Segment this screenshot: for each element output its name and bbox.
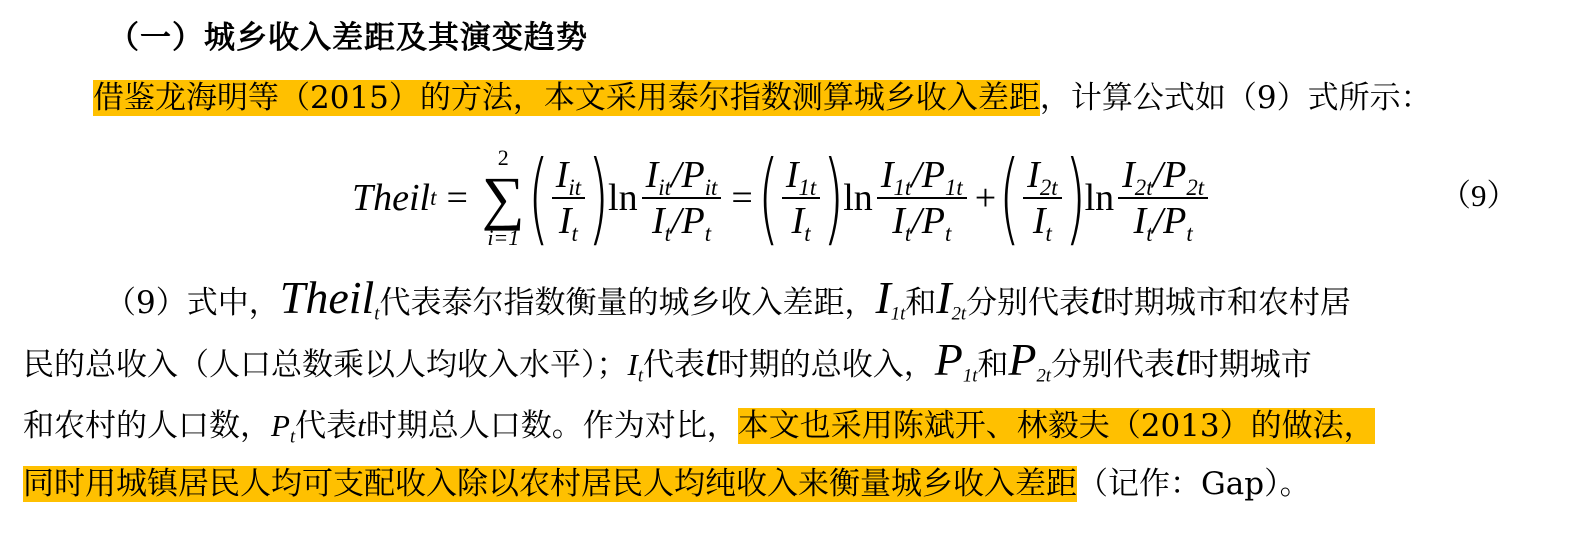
- paragraph-2-line-4: 同时用城镇居民人均可支配收入除以农村居民人均纯收入来衡量城乡收入差距（记作：Ga…: [23, 464, 1311, 504]
- text: 分别代表: [1051, 347, 1175, 383]
- fraction-share: Iit It: [552, 153, 585, 243]
- ln-operator: ln: [1085, 176, 1115, 220]
- sum-lower: i=1: [487, 227, 519, 249]
- equation-number: （9）: [1440, 170, 1518, 215]
- text: 代表: [643, 347, 705, 383]
- paragraph-2-line-1: （9）式中，Theilt代表泰尔指数衡量的城乡收入差距，I1t和I2t分别代表t…: [105, 278, 1351, 323]
- text: 和: [977, 347, 1008, 383]
- text: 时期城市: [1188, 347, 1312, 383]
- eq-equals: =: [446, 176, 467, 220]
- text: 民的总收入（人口总数乘以人均收入水平）；: [23, 347, 628, 383]
- t-symbol: t: [1175, 334, 1188, 385]
- eq-lhs: Theil: [352, 176, 430, 220]
- frac-num-sub: it: [568, 174, 581, 199]
- fraction-rural-share: I2t It: [1023, 153, 1061, 243]
- highlighted-text: 借鉴龙海明等（2015）的方法，本文采用泰尔指数测算城乡收入差距: [93, 80, 1040, 116]
- t-symbol: t: [357, 408, 366, 443]
- ln-operator: ln: [843, 176, 873, 220]
- paragraph-text: ，计算公式如（9）式所示：: [1040, 80, 1432, 116]
- I-symbol: I: [628, 347, 638, 382]
- I-symbol: I: [936, 272, 951, 323]
- I2t-sub: 2t: [952, 304, 966, 325]
- text: 分别代表: [966, 285, 1090, 321]
- eq-equals-2: =: [731, 176, 752, 220]
- t-symbol: t: [1090, 272, 1103, 323]
- left-paren: (: [999, 148, 1020, 248]
- theil-equation: Theilt = 2 ∑ i=1 ( Iit It ) ln Iit/Pit I…: [352, 140, 1212, 255]
- right-paren: ): [823, 148, 844, 248]
- P1t-sub: 1t: [963, 366, 977, 387]
- text: 时期总人口数。作为对比，: [366, 408, 738, 444]
- text: 代表: [295, 408, 357, 444]
- P2t-sub: 2t: [1036, 366, 1050, 387]
- frac-den: I: [559, 200, 572, 242]
- frac-num: I: [556, 154, 569, 196]
- right-paren: ): [1064, 148, 1085, 248]
- text: 时期城市和农村居: [1103, 285, 1351, 321]
- section-heading: （一）城乡收入差距及其演变趋势: [108, 18, 588, 58]
- sigma-symbol: ∑: [482, 169, 525, 227]
- frac-den-sub: t: [572, 220, 578, 245]
- fraction-urban-share: I1t It: [782, 153, 820, 243]
- left-paren: (: [758, 148, 779, 248]
- highlighted-text: 本文也采用陈斌开、林毅夫（2013）的做法，: [738, 408, 1375, 444]
- text: 代表泰尔指数衡量的城乡收入差距，: [379, 285, 875, 321]
- fraction-urban-ratio: I1t/P1t It/Pt: [877, 153, 967, 243]
- fraction-rural-ratio: I2t/P2t It/Pt: [1118, 153, 1208, 243]
- paragraph-2-line-3: 和农村的人口数，Pt代表t时期总人口数。作为对比，本文也采用陈斌开、林毅夫（20…: [23, 406, 1375, 446]
- paragraph-2-line-2: 民的总收入（人口总数乘以人均收入水平）；It代表t时期的总收入，P1t和P2t分…: [23, 340, 1312, 385]
- I1t-sub: 1t: [891, 304, 905, 325]
- right-paren: ): [588, 148, 609, 248]
- text: 和农村的人口数，: [23, 408, 271, 444]
- highlighted-text: 同时用城镇居民人均可支配收入除以农村居民人均纯收入来衡量城乡收入差距: [23, 466, 1077, 502]
- P-symbol: P: [271, 408, 290, 443]
- I-symbol: I: [875, 272, 890, 323]
- paragraph-1: 借鉴龙海明等（2015）的方法，本文采用泰尔指数测算城乡收入差距，计算公式如（9…: [93, 78, 1432, 118]
- text: （9）式中，: [105, 285, 280, 321]
- left-paren: (: [527, 148, 548, 248]
- text: 时期的总收入，: [718, 347, 935, 383]
- eq-plus: +: [975, 176, 996, 220]
- P-symbol: P: [935, 334, 963, 385]
- P-symbol: P: [1008, 334, 1036, 385]
- text: 和: [905, 285, 936, 321]
- theil-symbol: Theil: [280, 272, 375, 323]
- ln-operator: ln: [608, 176, 638, 220]
- text: （记作：Gap）。: [1077, 466, 1311, 502]
- cut-off-next-line: [0, 522, 1590, 534]
- summation: 2 ∑ i=1: [482, 147, 525, 249]
- fraction-ratio: Iit/Pit It/Pt: [642, 153, 722, 243]
- t-symbol: t: [705, 334, 718, 385]
